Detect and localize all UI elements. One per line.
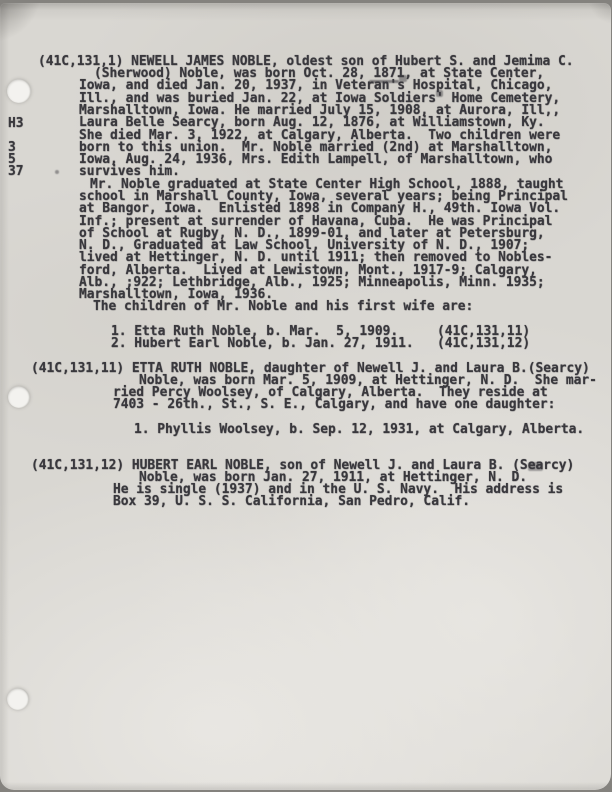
text-line: Box 39, U. S. S. California, San Pedro, … — [113, 496, 470, 509]
text-line: 7403 - 26th., St., S. E., Calgary, and h… — [113, 399, 555, 412]
punch-hole — [7, 688, 29, 710]
overstrike-mark — [436, 90, 443, 97]
overstrike-mark — [55, 170, 59, 174]
punch-hole — [8, 386, 30, 408]
margin-note: H3 — [8, 118, 24, 131]
text-line: 2. Hubert Earl Noble, b. Jan. 27, 1911. … — [111, 338, 530, 351]
text-line: The children of Mr. Noble and his first … — [93, 301, 473, 314]
punch-hole — [7, 79, 31, 103]
scanner-background: H33537 (41C,131,1) NEWELL JAMES NOBLE, o… — [0, 0, 612, 792]
scanned-page: H33537 (41C,131,1) NEWELL JAMES NOBLE, o… — [0, 3, 611, 790]
overstrike-mark — [369, 80, 399, 83]
text-line: 1. Phyllis Woolsey, b. Sep. 12, 1931, at… — [134, 424, 584, 437]
overstrike-mark — [528, 462, 543, 471]
overstrike-mark — [399, 75, 407, 82]
margin-note: 37 — [8, 166, 24, 179]
